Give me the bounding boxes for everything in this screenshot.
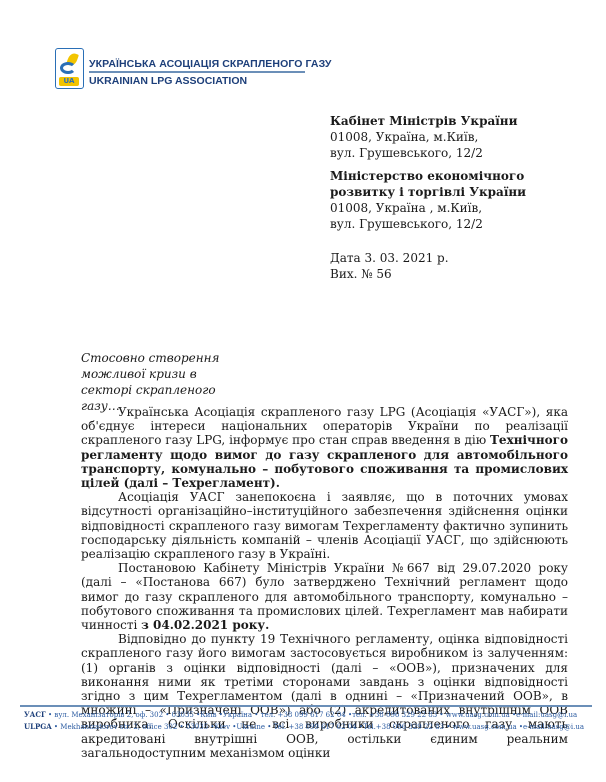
recipient-address-line: вул. Грушевського, 12/2	[330, 145, 570, 161]
letter-date: Дата 3. 03. 2021 р.	[330, 250, 570, 266]
recipient-address-line: вул. Грушевського, 12/2	[330, 216, 570, 232]
outgoing-number: Вих. № 56	[330, 266, 570, 282]
logo-mark	[60, 62, 76, 74]
letter-body: Українська Асоціація скрапленого газу LP…	[81, 405, 568, 760]
recipient-name: Міністерство економічного розвитку і тор…	[330, 168, 570, 200]
footer-divider	[20, 705, 592, 707]
logo-text: UA	[59, 77, 79, 86]
paragraph: Українська Асоціація скрапленого газу LP…	[81, 405, 568, 490]
recipient-address-line: 01008, Україна , м.Київ,	[330, 200, 570, 216]
recipient-2: Міністерство економічного розвитку і тор…	[330, 168, 570, 232]
org-name-en: UKRAINIAN LPG ASSOCIATION	[89, 75, 247, 87]
letter-meta: Дата 3. 03. 2021 р. Вих. № 56	[330, 250, 570, 282]
recipient-address-line: 01008, Україна, м.Київ,	[330, 129, 570, 145]
paragraph: Відповідно до пункту 19 Технічного регла…	[81, 632, 568, 760]
recipient-name: Кабінет Міністрів України	[330, 113, 570, 129]
footer-key: ULPGA	[24, 722, 52, 731]
footer-ua: УАСГ • вул. Механізаторів 2, оф. 302 • 0…	[24, 710, 577, 719]
footer-en: ULPGA • Mekhanizatorov str. 2, office 30…	[24, 722, 584, 731]
paragraph: Постановою Кабінету Міністрів України №6…	[81, 561, 568, 632]
footer-key: УАСГ	[24, 710, 46, 719]
bold-text: з 04.02.2021 року.	[141, 618, 269, 632]
association-logo-icon: UA	[55, 48, 84, 89]
paragraph: Асоціація УАСГ занепокоєна і заявляє, що…	[81, 490, 568, 561]
org-name-ua: УКРАЇНСЬКА АСОЦІАЦІЯ СКРАПЛЕНОГО ГАЗУ	[89, 58, 332, 70]
header-divider	[89, 71, 305, 73]
recipient-1: Кабінет Міністрів України 01008, Україна…	[330, 113, 570, 161]
